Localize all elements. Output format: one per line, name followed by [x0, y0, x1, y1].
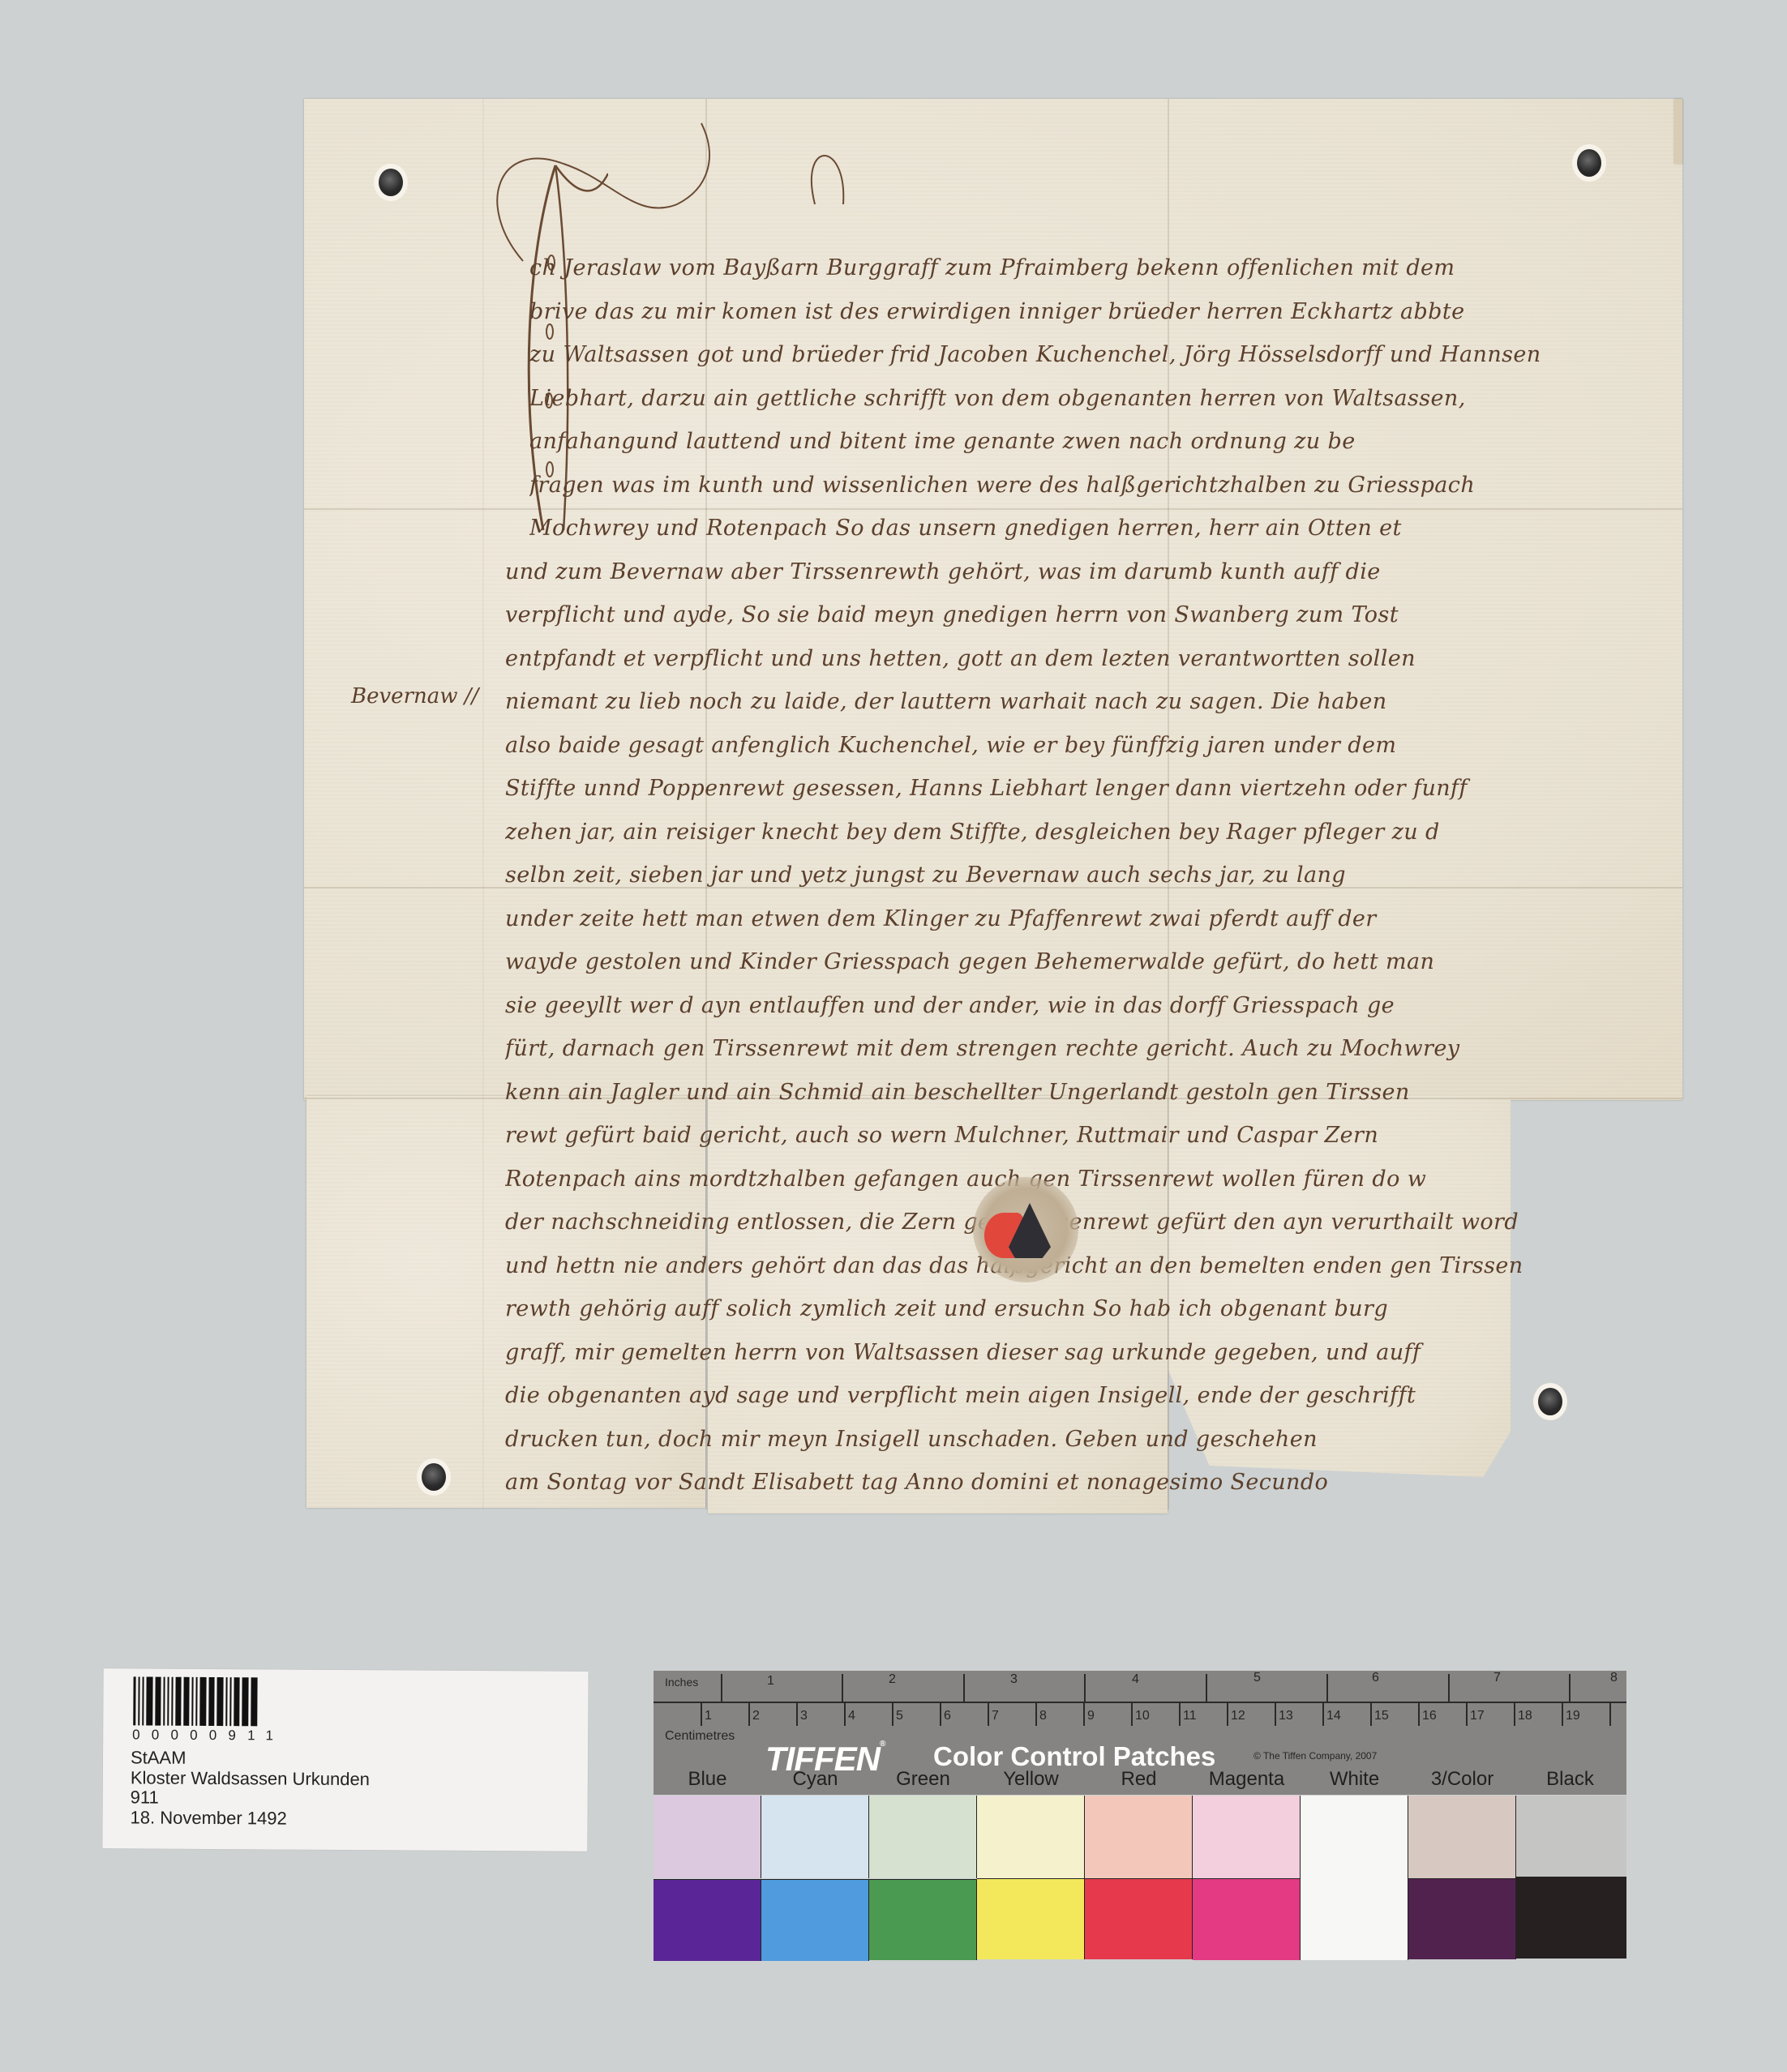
collection-name: Kloster Waldsassen Urkunden: [131, 1768, 370, 1789]
cm-mark: 7: [992, 1709, 999, 1723]
text-line: Liebhart, darzu ain gettliche schrifft v…: [529, 377, 1624, 421]
patch-label: Red: [1085, 1768, 1193, 1791]
ruler: Inches 1 2 3 4 5 6 7 8: [654, 1671, 1626, 1795]
cm-tick: [1275, 1702, 1276, 1726]
cm-mark: 15: [1374, 1709, 1389, 1723]
cm-mark: 8: [1039, 1709, 1047, 1723]
patch-blue-light: [654, 1796, 761, 1878]
paper-top-right-corner: [1674, 99, 1682, 164]
barcode-icon: [133, 1676, 259, 1726]
fold-line: [482, 99, 484, 1509]
cm-tick: [1418, 1702, 1420, 1726]
cm-mark: 10: [1135, 1709, 1150, 1723]
inch-tick: [1326, 1674, 1328, 1702]
patch-label: Black: [1516, 1768, 1624, 1791]
text-line: zehen jar, ain reisiger knecht bey dem S…: [505, 811, 1624, 854]
cm-tick: [748, 1702, 750, 1726]
text-line: brive das zu mir komen ist des erwirdige…: [529, 290, 1624, 334]
patch-blue-dark: [654, 1879, 761, 1961]
text-line: und zum Bevernaw aber Tirssenrewth gehör…: [505, 550, 1624, 594]
cm-tick: [940, 1702, 941, 1726]
barcode-digits: 00000911: [132, 1727, 294, 1744]
cm-mark: 18: [1518, 1709, 1532, 1723]
cm-mark: 19: [1566, 1709, 1580, 1723]
cm-tick: [892, 1702, 893, 1726]
patch-3color-dark: [1408, 1878, 1516, 1959]
text-line: selbn zeit, sieben jar und yetz jungst z…: [505, 854, 1624, 897]
archive-label-card: 00000911 StAAM Kloster Waldsassen Urkund…: [102, 1668, 588, 1852]
inch-mark: 4: [1132, 1672, 1139, 1687]
cm-tick: [1370, 1702, 1372, 1726]
cm-tick: [1466, 1702, 1468, 1726]
patch-yellow-dark: [977, 1878, 1085, 1959]
cm-tick: [701, 1702, 702, 1726]
patch-label: Green: [869, 1768, 977, 1791]
patch-yellow-light: [977, 1796, 1085, 1878]
copyright-text: © The Tiffen Company, 2007: [1253, 1750, 1377, 1762]
cm-tick: [1227, 1702, 1228, 1726]
cm-mark: 2: [752, 1709, 760, 1723]
patch-magenta-dark: [1193, 1878, 1301, 1960]
color-control-chart: Inches 1 2 3 4 5 6 7 8: [654, 1671, 1626, 1960]
text-line: under zeite hett man etwen dem Klinger z…: [505, 897, 1624, 941]
patch-cyan-light: [761, 1796, 869, 1878]
inch-tick: [1206, 1674, 1207, 1702]
patch-label: Cyan: [761, 1768, 869, 1791]
inch-mark: 8: [1610, 1671, 1618, 1685]
cm-mark: 16: [1422, 1709, 1437, 1723]
patch-green-light: [869, 1796, 977, 1878]
text-line: niemant zu lieb noch zu laide, der lautt…: [505, 680, 1624, 724]
patch-3color-light: [1408, 1796, 1516, 1878]
inch-mark: 1: [767, 1674, 774, 1689]
inch-tick: [963, 1674, 965, 1702]
patch-label: 3/Color: [1408, 1768, 1516, 1791]
text-line: verpflicht und ayde, So sie baid meyn gn…: [505, 593, 1624, 637]
ascender-flourish-icon: [474, 107, 847, 269]
cm-tick: [796, 1702, 798, 1726]
inch-tick: [1084, 1674, 1086, 1702]
text-line: anfahangund lauttend und bitent ime gena…: [529, 420, 1624, 464]
cm-tick: [1083, 1702, 1085, 1726]
patch-label: Yellow: [977, 1768, 1085, 1791]
patch-green-dark: [869, 1879, 977, 1960]
text-line: drucken tun, doch mir meyn Insigell unsc…: [505, 1418, 1624, 1462]
patch-label: White: [1301, 1768, 1408, 1791]
patch-black-dark: [1516, 1877, 1626, 1959]
text-line: am Sontag vor Sandt Elisabett tag Anno d…: [505, 1461, 1624, 1505]
patch-red-dark: [1085, 1878, 1193, 1959]
text-line: sie geeyllt wer d ayn entlauffen und der…: [505, 984, 1624, 1028]
inch-mark: 3: [1010, 1672, 1018, 1687]
cm-tick: [1322, 1702, 1324, 1726]
cm-tick: [988, 1702, 989, 1726]
patch-label: Blue: [654, 1768, 761, 1791]
text-line: entpfandt et verpflicht und uns hetten, …: [505, 637, 1624, 681]
cm-mark: 5: [896, 1709, 903, 1723]
cm-mark: 1: [705, 1709, 712, 1723]
cm-tick: [1514, 1702, 1515, 1726]
text-line: Stiffte unnd Poppenrewt gesessen, Hanns …: [505, 767, 1624, 811]
text-line: fragen was im kunth und wissenlichen wer…: [529, 464, 1624, 507]
inch-mark: 2: [889, 1672, 896, 1687]
mounting-hole-icon: [379, 169, 403, 196]
ruler-baseline: [654, 1702, 1626, 1703]
text-line: also baide gesagt anfenglich Kuchenchel,…: [505, 724, 1624, 768]
cm-tick: [1609, 1702, 1611, 1726]
cm-tick: [844, 1702, 846, 1726]
inch-tick: [1569, 1674, 1571, 1702]
charter-document: ch Jeraslaw vom Bayßarn Burggraff zum Pf…: [304, 99, 1682, 1518]
mounting-hole-icon: [1577, 149, 1601, 177]
centimetres-label: Centimetres: [665, 1729, 735, 1744]
cm-mark: 4: [848, 1709, 855, 1723]
text-line: ch Jeraslaw vom Bayßarn Burggraff zum Pf…: [529, 246, 1624, 290]
cm-mark: 3: [800, 1709, 808, 1723]
inch-tick: [721, 1674, 722, 1702]
cm-tick: [1131, 1702, 1133, 1726]
cm-mark: 11: [1183, 1709, 1197, 1723]
text-line: die obgenanten ayd sage und verpflicht m…: [505, 1374, 1624, 1418]
patch-cyan-dark: [761, 1879, 869, 1961]
patch-black-light: [1516, 1796, 1626, 1877]
archive-name: StAAM: [131, 1748, 370, 1769]
cm-mark: 12: [1231, 1709, 1245, 1723]
margin-note: Bevernaw //: [351, 684, 478, 709]
cm-tick: [1562, 1702, 1563, 1726]
cm-mark: 6: [944, 1709, 951, 1723]
wax-seal: [973, 1177, 1078, 1282]
text-line: Mochwrey und Rotenpach So das unsern gne…: [529, 507, 1624, 550]
patch-red-light: [1085, 1796, 1193, 1878]
cm-mark: 13: [1279, 1709, 1293, 1723]
patch-magenta-light: [1193, 1796, 1301, 1878]
inch-mark: 7: [1493, 1671, 1501, 1685]
cm-mark: 14: [1326, 1709, 1341, 1723]
handwritten-text: ch Jeraslaw vom Bayßarn Burggraff zum Pf…: [529, 246, 1624, 1505]
inch-mark: 6: [1372, 1671, 1379, 1685]
patch-white: [1301, 1796, 1408, 1960]
document-date: 18. November 1492: [130, 1808, 369, 1829]
mounting-hole-icon: [422, 1463, 446, 1491]
text-line: graff, mir gemelten herrn von Waltsassen…: [505, 1331, 1624, 1375]
inches-label: Inches: [665, 1676, 698, 1689]
text-line: rewt gefürt baid gericht, auch so wern M…: [505, 1114, 1624, 1158]
inch-tick: [842, 1674, 843, 1702]
text-line: kenn ain Jagler und ain Schmid ain besch…: [505, 1071, 1624, 1115]
document-number: 911: [131, 1787, 370, 1809]
registered-mark: ®: [880, 1740, 885, 1749]
cm-tick: [1035, 1702, 1037, 1726]
inch-tick: [1448, 1674, 1450, 1702]
label-text: StAAM Kloster Waldsassen Urkunden 911 18…: [130, 1748, 370, 1829]
cm-mark: 17: [1470, 1709, 1485, 1723]
text-line: fürt, darnach gen Tirssenrewt mit dem st…: [505, 1027, 1624, 1071]
text-line: rewth gehörig auff solich zymlich zeit u…: [505, 1287, 1624, 1331]
cm-tick: [1179, 1702, 1181, 1726]
cm-mark: 9: [1087, 1709, 1095, 1723]
text-line: zu Waltsassen got und brüeder frid Jacob…: [529, 333, 1624, 377]
patch-label: Magenta: [1193, 1768, 1301, 1791]
text-line: wayde gestolen und Kinder Griesspach geg…: [505, 940, 1624, 984]
inch-mark: 5: [1253, 1671, 1261, 1685]
